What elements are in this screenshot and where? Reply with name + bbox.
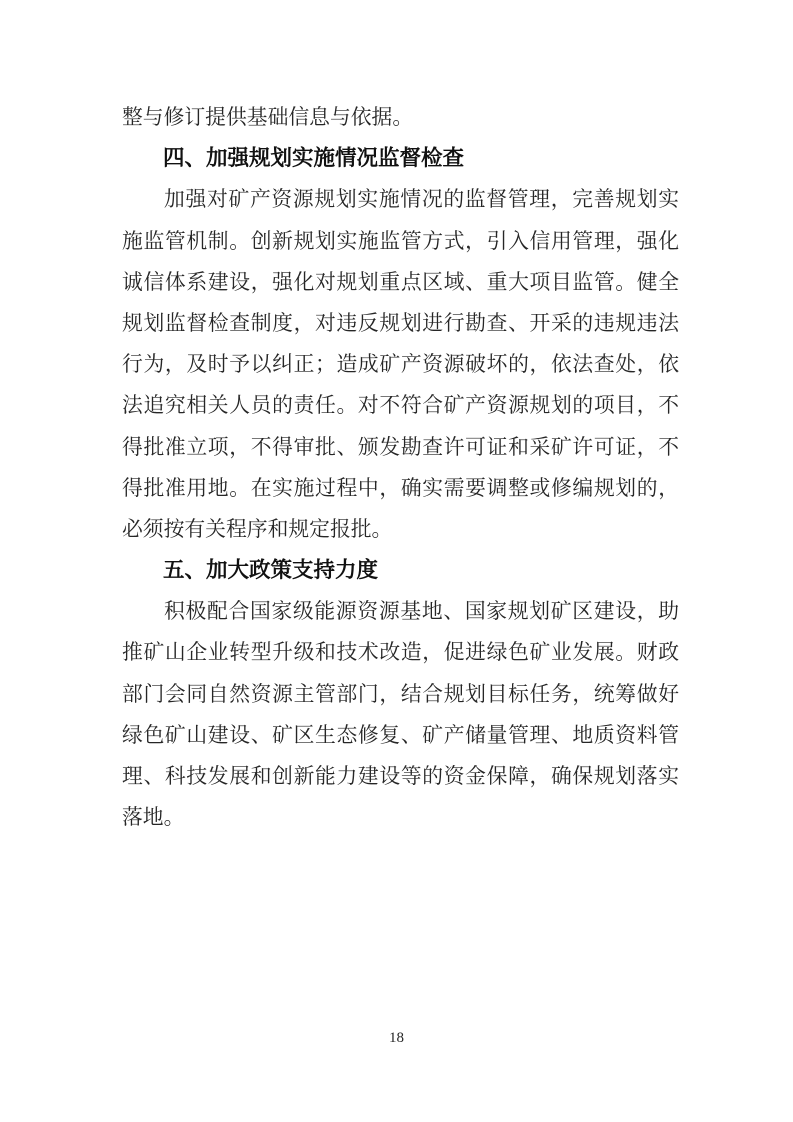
document-line: 法追究相关人员的责任。对不符合矿产资源规划的项目，不 bbox=[122, 385, 679, 426]
document-line: 整与修订提供基础信息与依据。 bbox=[122, 97, 679, 138]
document-line: 推矿山企业转型升级和技术改造，促进绿色矿业发展。财政 bbox=[122, 632, 679, 673]
document-line: 理、科技发展和创新能力建设等的资金保障，确保规划落实 bbox=[122, 756, 679, 797]
page-number: 18 bbox=[0, 1028, 793, 1048]
document-line: 得批准立项，不得审批、颁发勘查许可证和采矿许可证，不 bbox=[122, 427, 679, 468]
document-line: 部门会同自然资源主管部门，结合规划目标任务，统筹做好 bbox=[122, 674, 679, 715]
document-page: 整与修订提供基础信息与依据。 四、加强规划实施情况监督检查 加强对矿产资源规划实… bbox=[0, 0, 793, 1122]
document-line: 诚信体系建设，强化对规划重点区域、重大项目监管。健全 bbox=[122, 262, 679, 303]
document-text-block: 整与修订提供基础信息与依据。 四、加强规划实施情况监督检查 加强对矿产资源规划实… bbox=[122, 97, 679, 838]
document-line: 施监管机制。创新规划实施监管方式，引入信用管理，强化 bbox=[122, 221, 679, 262]
section-heading-5: 五、加大政策支持力度 bbox=[122, 550, 679, 591]
document-line: 得批准用地。在实施过程中，确实需要调整或修编规划的， bbox=[122, 468, 679, 509]
document-line: 必须按有关程序和规定报批。 bbox=[122, 509, 679, 550]
section-heading-4: 四、加强规划实施情况监督检查 bbox=[122, 138, 679, 179]
document-line: 绿色矿山建设、矿区生态修复、矿产储量管理、地质资料管 bbox=[122, 715, 679, 756]
document-line: 规划监督检查制度，对违反规划进行勘查、开采的违规违法 bbox=[122, 303, 679, 344]
document-line: 加强对矿产资源规划实施情况的监督管理，完善规划实 bbox=[122, 179, 679, 220]
document-line: 行为，及时予以纠正；造成矿产资源破坏的，依法查处，依 bbox=[122, 344, 679, 385]
document-line: 落地。 bbox=[122, 797, 679, 838]
document-line: 积极配合国家级能源资源基地、国家规划矿区建设，助 bbox=[122, 591, 679, 632]
